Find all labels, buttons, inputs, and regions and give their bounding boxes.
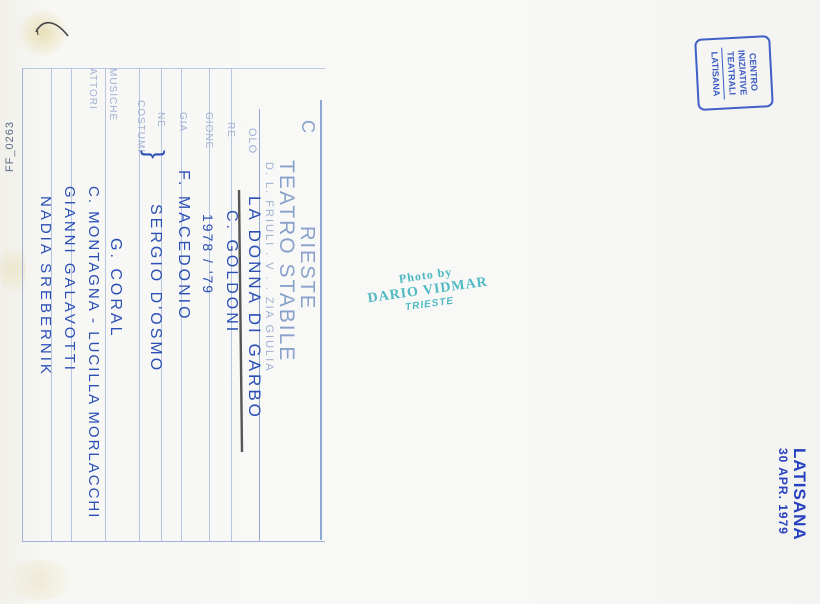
field-value-attori-2: GIANNI GALAVOTTI — [61, 186, 78, 373]
field-label-costumi: COSTUMI — [135, 100, 146, 153]
form-logo-fragment: C — [297, 120, 318, 134]
form-header-region: D. L. FRIULI . V . . ZIA GIULIA — [263, 162, 275, 373]
field-value-stagione: 1978 / '79 — [200, 214, 216, 295]
date-stamp-place: LATISANA — [790, 448, 808, 541]
form-header-title: TEATRO STABILE — [274, 160, 298, 362]
form-header-city: RIESTE — [295, 226, 318, 310]
field-value-regia: F. MACEDONIO — [174, 170, 192, 322]
field-value-musiche: G. CORAL — [106, 238, 124, 338]
field-label-stagione: GIONE — [203, 112, 214, 149]
field-label-attori: ATTORI — [87, 68, 98, 110]
catalog-number: FF_0263 — [4, 121, 16, 172]
date-stamp: LATISANA 30 APR. 1979 — [776, 448, 808, 541]
pencil-mark-icon — [34, 18, 70, 38]
field-value-scene-costumi: SERGIO D'OSMO — [146, 204, 164, 373]
date-stamp-date: 30 APR. 1979 — [776, 448, 790, 541]
field-label-musiche: MUSICHE — [107, 68, 118, 121]
field-value-attori: C. MONTAGNA - LUCILLA MORLACCHI — [85, 186, 102, 519]
field-value-titolo: LA DONNA DI GARBO — [244, 196, 264, 420]
field-label-scene: NE — [155, 112, 166, 128]
centro-iniziative-stamp: CENTRO INIZIATIVE TEATRALI LATISANA — [694, 35, 774, 111]
age-stain — [0, 560, 80, 600]
field-value-attori-3: NADIA SREBERNIK — [37, 196, 54, 377]
graphite-line — [236, 190, 246, 452]
field-label-titolo: OLO — [246, 128, 258, 154]
field-label-autore: RE — [225, 122, 236, 138]
field-label-regia: GIA — [177, 112, 188, 132]
form-border — [320, 100, 322, 540]
stamp-line: LATISANA — [708, 42, 722, 106]
brace-icon: } — [139, 150, 170, 159]
